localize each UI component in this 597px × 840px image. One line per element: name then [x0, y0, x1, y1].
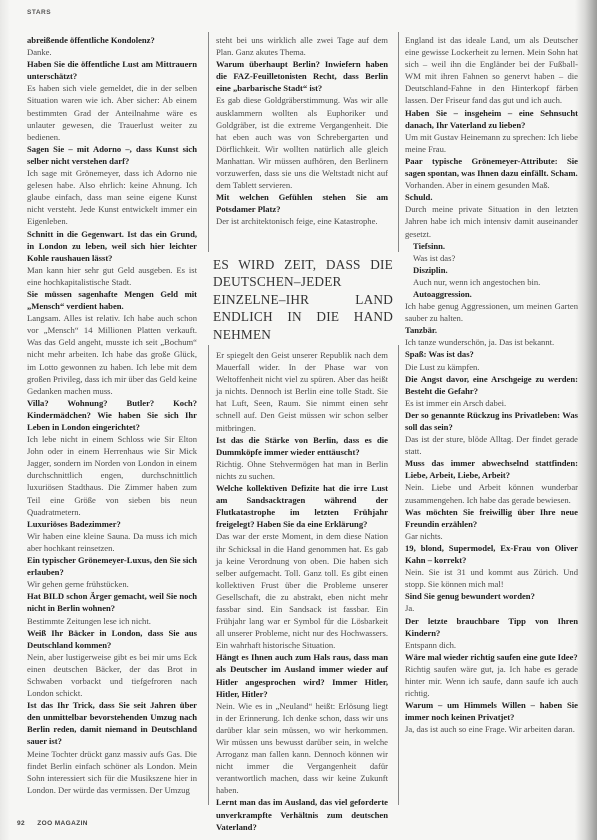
interview-answer: Es gab diese Goldgräberstimmung. Was wir…	[216, 94, 388, 191]
interview-question: Der so genannte Rückzug ins Privatleben:…	[405, 409, 578, 433]
column-1: abreißende öffentliche Kondolenz?Danke.H…	[27, 34, 197, 796]
interview-answer: Ja, das ist auch so eine Frage. Wir arbe…	[405, 723, 578, 735]
interview-question: Ist das Ihr Trick, dass Sie seit Jahren …	[27, 699, 197, 747]
magazine-page: STARS abreißende öffentliche Kondolenz?D…	[0, 0, 597, 840]
interview-answer: Entspann dich.	[405, 639, 578, 651]
section-label: STARS	[27, 9, 51, 16]
interview-answer: Nein. Sie ist 31 und kommt aus Zürich. U…	[405, 566, 578, 590]
interview-answer: Langsam. Alles ist relativ. Ich habe auc…	[27, 312, 197, 397]
interview-answer: Nein, aber lustigerweise gibt es bei mir…	[27, 651, 197, 699]
column-divider	[208, 345, 209, 805]
interview-answer: Nein. Liebe und Arbeit können wunderbar …	[405, 481, 578, 505]
interview-answer: Das ist der sture, blöde Alltag. Der fin…	[405, 433, 578, 457]
interview-answer: Gar nichts.	[405, 530, 578, 542]
interview-question: Autoaggression.	[405, 288, 578, 300]
interview-question: Haben Sie die öffentliche Lust am Mittra…	[27, 58, 197, 82]
interview-answer: Es haben sich viele gemeldet, die in der…	[27, 82, 197, 142]
interview-answer: Ich lebe nicht in einem Schloss wie Sir …	[27, 433, 197, 518]
interview-answer: Ich tanze wunderschön, ja. Das ist bekan…	[405, 336, 578, 348]
interview-question: Weiß Ihr Bäcker in London, dass Sie aus …	[27, 627, 197, 651]
magazine-name: ZOO MAGAZIN	[37, 820, 88, 827]
interview-question: Spaß: Was ist das?	[405, 348, 578, 360]
interview-answer: Durch meine private Situation in den let…	[405, 203, 578, 239]
interview-answer: Er spiegelt den Geist unserer Republik n…	[216, 349, 388, 434]
column-divider	[398, 32, 399, 252]
interview-answer: Die Lust zu kämpfen.	[405, 361, 578, 373]
interview-question: Lernt man das im Ausland, das viel gefor…	[216, 796, 388, 832]
interview-answer: Danke.	[27, 46, 197, 58]
interview-question: abreißende öffentliche Kondolenz?	[27, 34, 197, 46]
interview-answer: Es ist immer ein Arsch dabei.	[405, 397, 578, 409]
interview-answer: Wir haben eine kleine Sauna. Da muss ich…	[27, 530, 197, 554]
interview-question: Paar typische Grönemeyer-Attribute: Sie …	[405, 155, 578, 179]
interview-answer: Meine Tochter drückt ganz massiv aufs Ga…	[27, 748, 197, 796]
interview-answer: Ich sage mit Grönemeyer, dass ich Adorno…	[27, 167, 197, 227]
column-divider	[208, 32, 209, 252]
interview-question: Die Angst davor, eine Arschgeige zu werd…	[405, 373, 578, 397]
interview-question: Haben Sie – insgeheim – eine Sehnsucht d…	[405, 107, 578, 131]
interview-answer: Der ist architektonisch feige, eine Kata…	[216, 215, 388, 227]
page-number: 92	[17, 820, 25, 827]
interview-question: Tiefsinn.	[405, 240, 578, 252]
interview-answer: Das war der erste Moment, in dem diese N…	[216, 530, 388, 651]
interview-answer: Ich habe genug Aggressionen, um meinen G…	[405, 300, 578, 324]
interview-question: Welche kollektiven Defizite hat die irre…	[216, 482, 388, 530]
interview-question: Wäre mal wieder richtig saufen eine gute…	[405, 651, 578, 663]
interview-question: Tanzbär.	[405, 324, 578, 336]
interview-question: 19, blond, Supermodel, Ex-Frau von Olive…	[405, 542, 578, 566]
interview-question: Sie müssen sagenhafte Mengen Geld mit „M…	[27, 288, 197, 312]
column-3: England ist das ideale Land, um als Deut…	[405, 34, 578, 735]
interview-question: Luxuriöses Badezimmer?	[27, 518, 197, 530]
interview-answer: Ja.	[405, 602, 578, 614]
interview-answer: Richtig saufen wäre gut, ja. Ich habe es…	[405, 663, 578, 699]
interview-answer: Man kann hier sehr gut Geld ausgeben. Es…	[27, 264, 197, 288]
interview-answer: England ist das ideale Land, um als Deut…	[405, 34, 578, 107]
interview-question: Warum – um Himmels Willen – haben Sie im…	[405, 699, 578, 723]
interview-question: Mit welchen Gefühlen stehen Sie am Potsd…	[216, 191, 388, 215]
interview-answer: Wir gehen gerne frühstücken.	[27, 578, 197, 590]
page-footer: 92 ZOO MAGAZIN	[17, 820, 98, 827]
interview-question: Schnitt in die Gegenwart. Ist das ein Gr…	[27, 228, 197, 264]
interview-answer: Auch nur, wenn ich angestochen bin.	[405, 276, 578, 288]
interview-question: Ein typischer Grönemeyer-Luxus, den Sie …	[27, 554, 197, 578]
interview-question: Muss das immer abwechselnd stattfinden: …	[405, 457, 578, 481]
interview-question: Warum überhaupt Berlin? Inwiefern haben …	[216, 58, 388, 94]
interview-answer: Bestimmte Zeitungen lese ich nicht.	[27, 615, 197, 627]
column-2-top: steht bei uns wirklich alle zwei Tage au…	[216, 34, 388, 228]
interview-question: Hängt es Ihnen auch zum Hals raus, dass …	[216, 651, 388, 699]
interview-answer: Vorhanden. Aber in einem gesunden Maß.	[405, 179, 578, 191]
interview-question: Ist das die Stärke von Berlin, dass es d…	[216, 434, 388, 458]
interview-answer: Um mit Gustav Heinemann zu sprechen: Ich…	[405, 131, 578, 155]
interview-answer: steht bei uns wirklich alle zwei Tage au…	[216, 34, 388, 58]
interview-question: Disziplin.	[405, 264, 578, 276]
column-divider	[398, 345, 399, 805]
column-2-bottom: Er spiegelt den Geist unserer Republik n…	[216, 349, 388, 833]
interview-question: Villa? Wohnung? Butler? Koch? Kindermädc…	[27, 397, 197, 433]
interview-question: Sind Sie genug bewundert worden?	[405, 590, 578, 602]
interview-question: Sagen Sie – mit Adorno –, dass Kunst sic…	[27, 143, 197, 167]
pull-quote: ES WIRD ZEIT, DASS DIE DEUTSCHEN–JEDER E…	[213, 256, 393, 343]
interview-answer: Richtig. Ohne Stehvermögen hat man in Be…	[216, 458, 388, 482]
interview-question: Hat BILD schon Ärger gemacht, weil Sie n…	[27, 590, 197, 614]
interview-answer: Nein. Wie es in „Neuland“ heißt: Erlösun…	[216, 700, 388, 797]
interview-question: Was möchten Sie freiwillig über Ihre neu…	[405, 506, 578, 530]
interview-question: Schuld.	[405, 191, 578, 203]
interview-answer: Was ist das?	[405, 252, 578, 264]
interview-question: Der letzte brauchbare Tipp von Ihren Kin…	[405, 615, 578, 639]
